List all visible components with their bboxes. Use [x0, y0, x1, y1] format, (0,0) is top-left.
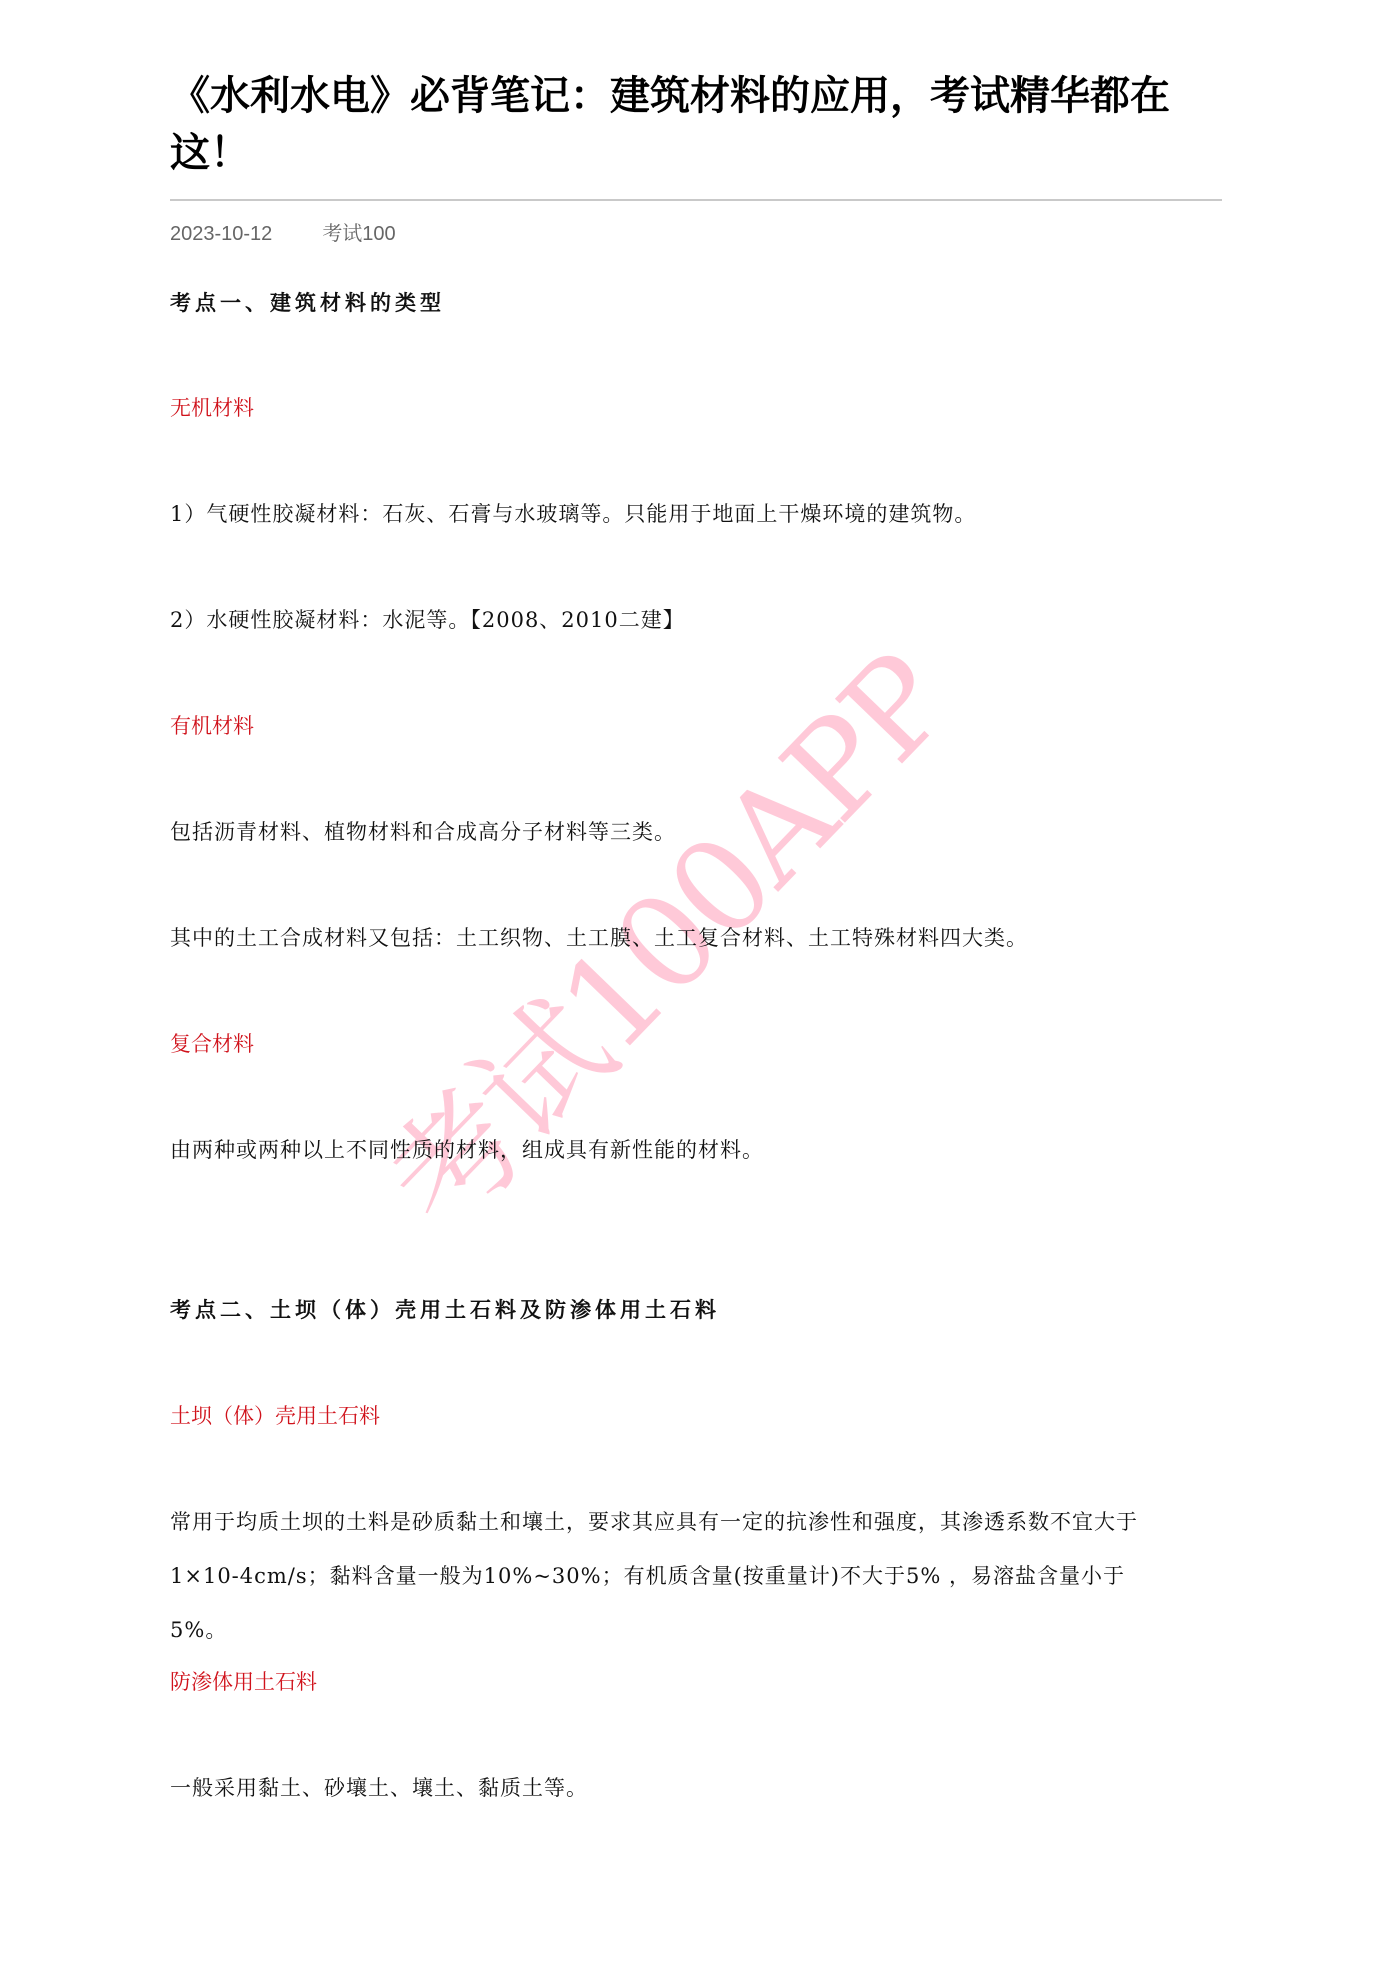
- subheading-dam-shell: 土坝（体）壳用土石料: [170, 1401, 1230, 1431]
- subheading-inorganic: 无机材料: [170, 393, 1230, 423]
- paragraph: 其中的土工合成材料又包括：土工织物、土工膜、土工复合材料、土工特殊材料四大类。: [170, 923, 1230, 953]
- paragraph: 2）水硬性胶凝材料：水泥等。【2008、2010二建】: [170, 605, 1230, 635]
- title-divider: [170, 199, 1222, 201]
- article-meta: 2023-10-12考试100: [170, 220, 396, 248]
- article: 考试100APP 《水利水电》必背笔记：建筑材料的应用，考试精华都在这！ 202…: [0, 0, 1388, 1965]
- article-title: 《水利水电》必背笔记：建筑材料的应用，考试精华都在这！: [170, 68, 1230, 182]
- paragraph: 1）气硬性胶凝材料：石灰、石膏与水玻璃等。只能用于地面上干燥环境的建筑物。: [170, 499, 1230, 529]
- paragraph: 一般采用黏土、砂壤土、壤土、黏质土等。: [170, 1773, 1230, 1803]
- publish-date: 2023-10-12: [170, 223, 272, 245]
- paragraph: 由两种或两种以上不同性质的材料，组成具有新性能的材料。: [170, 1135, 1230, 1165]
- author-link[interactable]: 考试100: [322, 223, 395, 245]
- subheading-organic: 有机材料: [170, 711, 1230, 741]
- subheading-seepage-control: 防渗体用土石料: [170, 1667, 1230, 1697]
- subheading-composite: 复合材料: [170, 1029, 1230, 1059]
- section-heading-2: 考点二、土坝（体）壳用土石料及防渗体用土石料: [170, 1295, 1230, 1325]
- section-heading-1: 考点一、建筑材料的类型: [170, 288, 1230, 318]
- paragraph: 包括沥青材料、植物材料和合成高分子材料等三类。: [170, 817, 1230, 847]
- paragraph: 常用于均质土坝的土料是砂质黏土和壤土，要求其应具有一定的抗渗性和强度，其渗透系数…: [170, 1495, 1155, 1657]
